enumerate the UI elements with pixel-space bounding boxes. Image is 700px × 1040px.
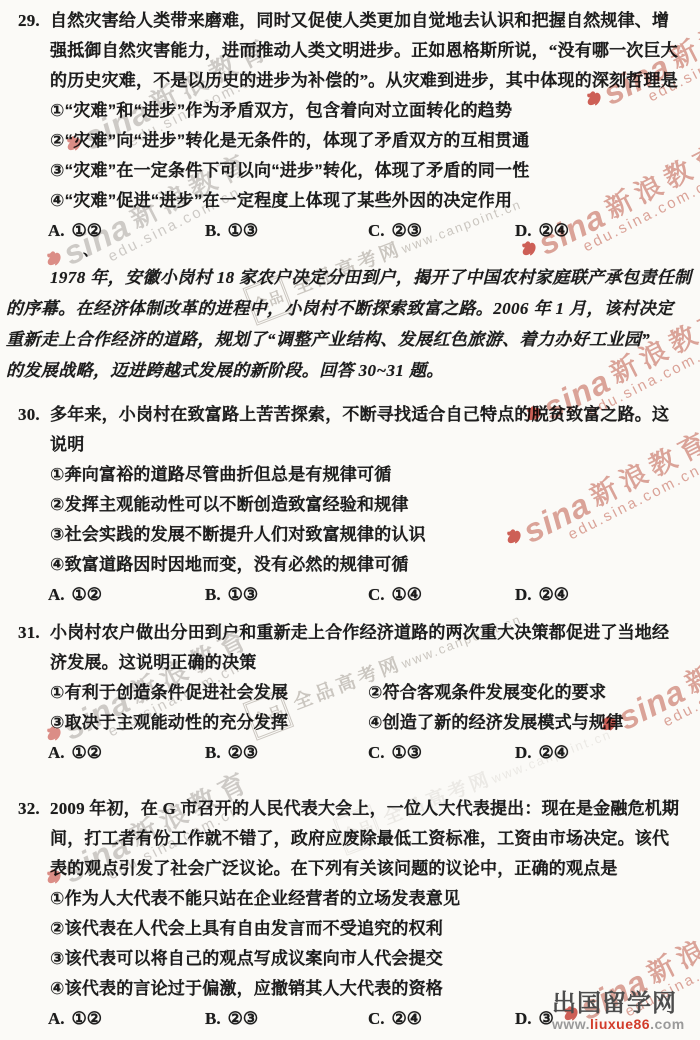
option-item: ③“灾难”在一定条件下可以向“进步”转化，体现了矛盾的同一性: [50, 156, 694, 186]
option-item: ③取决于主观能动性的充分发挥: [50, 708, 368, 738]
choice-label: A.: [48, 1009, 65, 1028]
question-number: 32.: [18, 794, 50, 824]
liuxue86-logo: 出国留学网 www.liuxue86.com: [552, 990, 685, 1032]
liuxue86-url: www.liuxue86.com: [552, 1016, 685, 1032]
stem-line: 31.小岗村农户做出分田到户和重新走上合作经济道路的两次重大决策都促进了当地经: [18, 618, 694, 648]
choice-label: A.: [48, 743, 65, 762]
option-item: ①有利于创造条件促进社会发展: [50, 678, 368, 708]
choice-d: D.②④: [515, 216, 569, 246]
liuxue86-name: 出国留学网: [552, 990, 685, 1018]
stem-text: 自然灾害给人类带来磨难，同时又促使人类更加自觉地去认识和把握自然规律、增: [50, 11, 669, 30]
document-content: 29.自然灾害给人类带来磨难，同时又促使人类更加自觉地去认识和把握自然规律、增 …: [0, 0, 700, 1034]
stem-text: 多年来，小岗村在致富路上苦苦探索，不断寻找适合自己特点的脱贫致富之路。这: [50, 405, 669, 424]
exam-page: sina新浪教育 edu.sina.com.cn sina新浪教育 edu.si…: [0, 0, 700, 1040]
choice-value: ②③: [228, 743, 258, 762]
passage-line: 1978 年，安徽小岗村 18 家农户决定分田到户，揭开了中国农村家庭联产承包责…: [6, 262, 694, 293]
choice-value: ②④: [392, 1009, 422, 1028]
question-29: 29.自然灾害给人类带来磨难，同时又促使人类更加自觉地去认识和把握自然规律、增 …: [18, 6, 694, 246]
choice-b: B.②③: [205, 1004, 368, 1034]
choice-c: C.②④: [368, 1004, 515, 1034]
liuxue86-url-brand: liuxue86: [590, 1016, 650, 1032]
option-item: ②该代表在人代会上具有自由发言而不受追究的权利: [50, 914, 694, 944]
option-item: ④创造了新的经济发展模式与规律: [368, 708, 623, 738]
choice-label: B.: [205, 585, 221, 604]
choice-label: B.: [205, 221, 221, 240]
choice-label: D.: [515, 585, 532, 604]
choices-row: A.①②B.②③C.①③D.②④: [48, 738, 694, 768]
choice-value: ①③: [228, 585, 258, 604]
option-item: ④“灾难”促进“进步”在一定程度上体现了某些外因的决定作用: [50, 186, 694, 216]
choice-label: D.: [515, 743, 532, 762]
option-item: ①“灾难”和“进步”作为矛盾双方，包含着向对立面转化的趋势: [50, 96, 694, 126]
choice-label: B.: [205, 743, 221, 762]
choice-b: B.①③: [205, 580, 368, 610]
stem-text: 2009 年初，在 G 市召开的人民代表大会上，一位人大代表提出：现在是金融危机…: [50, 799, 679, 818]
choice-label: B.: [205, 1009, 221, 1028]
stem-line: 30.多年来，小岗村在致富路上苦苦探索，不断寻找适合自己特点的脱贫致富之路。这: [18, 400, 694, 430]
choice-value: ①④: [392, 585, 422, 604]
choice-d: D.②④: [515, 738, 569, 768]
option-item: ③社会实践的发展不断提升人们对致富规律的认识: [50, 520, 694, 550]
choice-b: B.②③: [205, 738, 368, 768]
choice-d: D.③: [515, 1004, 554, 1034]
passage: 1978 年，安徽小岗村 18 家农户决定分田到户，揭开了中国农村家庭联产承包责…: [6, 262, 694, 386]
choice-label: A.: [48, 221, 65, 240]
choice-label: C.: [368, 743, 385, 762]
choice-a: A.①②: [48, 580, 205, 610]
stem-line: 济发展。这说明正确的决策: [50, 648, 694, 678]
choice-value: ①③: [228, 221, 258, 240]
choice-c: C.①④: [368, 580, 515, 610]
question-number: 29.: [18, 6, 50, 36]
choice-value: ②③: [228, 1009, 258, 1028]
choice-label: D.: [515, 221, 532, 240]
choice-label: C.: [368, 1009, 385, 1028]
option-item-row: ③取决于主观能动性的充分发挥④创造了新的经济发展模式与规律: [50, 708, 694, 738]
choice-d: D.②④: [515, 580, 569, 610]
choice-value: ②④: [539, 221, 569, 240]
option-item: ①奔向富裕的道路尽管曲折但总是有规律可循: [50, 460, 694, 490]
choice-a: A.①②: [48, 738, 205, 768]
stray-mark: 、: [83, 246, 694, 262]
choice-value: ②④: [539, 585, 569, 604]
stem-line: 29.自然灾害给人类带来磨难，同时又促使人类更加自觉地去认识和把握自然规律、增: [18, 6, 694, 36]
passage-line: 重新走上合作经济的道路，规划了“调整产业结构、发展红色旅游、着力办好工业园”: [6, 324, 694, 355]
option-item: ①作为人大代表不能只站在企业经营者的立场发表意见: [50, 884, 694, 914]
question-number: 30.: [18, 400, 50, 430]
choices-row: A.①②B.①③C.②③D.②④: [48, 216, 694, 246]
choices-row: A.①②B.①③C.①④D.②④: [48, 580, 694, 610]
option-item: ②发挥主观能动性可以不断创造致富经验和规律: [50, 490, 694, 520]
choice-a: A.①②: [48, 1004, 205, 1034]
choice-label: D.: [515, 1009, 532, 1028]
choice-value: ①②: [72, 585, 102, 604]
question-30: 30.多年来，小岗村在致富路上苦苦探索，不断寻找适合自己特点的脱贫致富之路。这 …: [18, 400, 694, 610]
liuxue86-url-tld: .com: [650, 1016, 685, 1032]
stem-line: 32.2009 年初，在 G 市召开的人民代表大会上，一位人大代表提出：现在是金…: [18, 794, 694, 824]
choice-value: ①②: [72, 221, 102, 240]
choice-a: A.①②: [48, 216, 205, 246]
stem-line: 的历史灾难，不是以历史的进步为补偿的”。从灾难到进步，其中体现的深刻哲理是: [50, 66, 694, 96]
passage-line: 的序幕。在经济体制改革的进程中，小岗村不断探索致富之路。2006 年 1 月，该…: [6, 293, 694, 324]
choice-label: C.: [368, 585, 385, 604]
choice-b: B.①③: [205, 216, 368, 246]
passage-line: 的发展战略，迈进跨越式发展的新阶段。回答 30~31 题。: [6, 355, 694, 386]
choice-value: ①③: [392, 743, 422, 762]
stem-text: 小岗村农户做出分田到户和重新走上合作经济道路的两次重大决策都促进了当地经: [50, 623, 669, 642]
option-item: ②“灾难”向“进步”转化是无条件的，体现了矛盾双方的互相贯通: [50, 126, 694, 156]
question-number: 31.: [18, 618, 50, 648]
stem-line: 间，打工者有份工作就不错了，政府应废除最低工资标准，工资由市场决定。该代: [50, 824, 694, 854]
option-item: ④致富道路因时因地而变，没有必然的规律可循: [50, 550, 694, 580]
choice-label: C.: [368, 221, 385, 240]
option-item-row: ①有利于创造条件促进社会发展②符合客观条件发展变化的要求: [50, 678, 694, 708]
option-item: ②符合客观条件发展变化的要求: [368, 678, 606, 708]
choice-label: A.: [48, 585, 65, 604]
choice-value: ②③: [392, 221, 422, 240]
option-item: ③该代表可以将自己的观点写成议案向市人代会提交: [50, 944, 694, 974]
question-31: 31.小岗村农户做出分田到户和重新走上合作经济道路的两次重大决策都促进了当地经 …: [18, 618, 694, 768]
choice-value: ②④: [539, 743, 569, 762]
choice-value: ①②: [72, 1009, 102, 1028]
choice-c: C.①③: [368, 738, 515, 768]
liuxue86-url-www: www.: [552, 1016, 590, 1032]
stem-line: 强抵御自然灾害能力，进而推动人类文明进步。正如恩格斯所说，“没有哪一次巨大: [50, 36, 694, 66]
stem-line: 说明: [50, 430, 694, 460]
choice-c: C.②③: [368, 216, 515, 246]
stem-line: 表的观点引发了社会广泛议论。在下列有关该问题的议论中，正确的观点是: [50, 854, 694, 884]
choice-value: ①②: [72, 743, 102, 762]
